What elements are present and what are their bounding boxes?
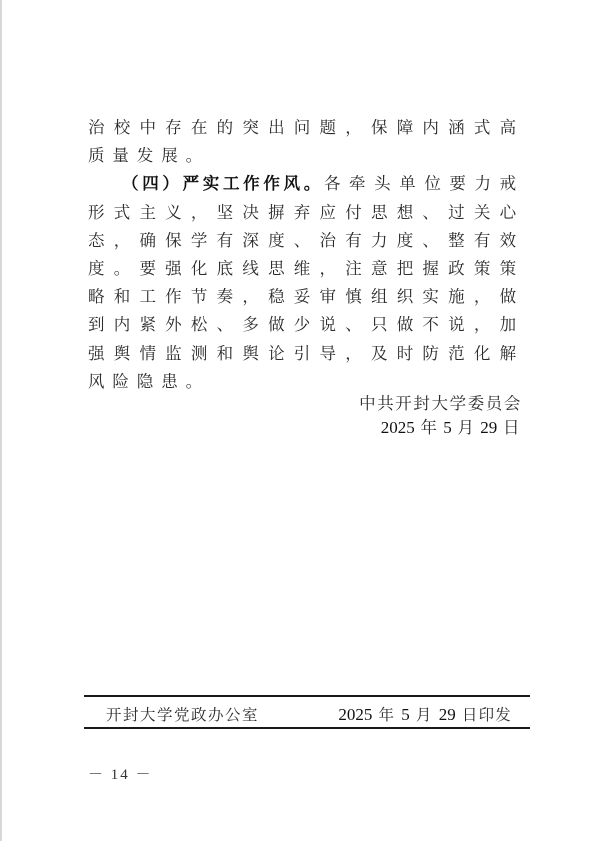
paragraph-section-four: （四）严实工作作风。各牵头单位要力戒形式主义，坚决摒弃应付思想、过关心态，确保学… — [88, 170, 524, 396]
footer-date-suffix: 日印发 — [456, 706, 512, 724]
date-year: 2025 — [381, 418, 415, 437]
section-heading: （四）严实工作作风。 — [122, 174, 324, 193]
page-number: － 14 － — [88, 763, 153, 784]
signature-organization: 中共开封大学委员会 — [359, 392, 522, 416]
date-month: 5 — [443, 418, 452, 437]
paragraph-text: 各牵头单位要力戒形式主义，坚决摒弃应付思想、过关心态，确保学有深度、治有力度、整… — [88, 174, 524, 390]
footer-date-year-unit: 年 — [372, 706, 401, 724]
footer-date-month-unit: 月 — [410, 706, 439, 724]
issuance-footer: 开封大学党政办公室 2025 年 5 月 29 日印发 — [84, 695, 530, 729]
body-text: 治校中存在的突出问题，保障内涵式高质量发展。 （四）严实工作作风。各牵头单位要力… — [88, 114, 524, 396]
footer-issuer: 开封大学党政办公室 — [106, 703, 259, 725]
footer-date-day: 29 — [439, 705, 456, 724]
footer-date-month: 5 — [401, 705, 410, 724]
signature-date: 2025 年 5 月 29 日 — [359, 416, 522, 440]
footer-date-year: 2025 — [338, 705, 372, 724]
footer-issue-date: 2025 年 5 月 29 日印发 — [338, 703, 512, 725]
date-year-unit: 年 — [415, 418, 444, 437]
date-month-unit: 月 — [452, 418, 481, 437]
document-page: 治校中存在的突出问题，保障内涵式高质量发展。 （四）严实工作作风。各牵头单位要力… — [0, 0, 598, 841]
paragraph-text: 治校中存在的突出问题，保障内涵式高质量发展。 — [88, 118, 524, 165]
paragraph-continuation: 治校中存在的突出问题，保障内涵式高质量发展。 — [88, 114, 524, 170]
date-day: 29 — [480, 418, 497, 437]
date-day-unit: 日 — [497, 418, 520, 437]
signature-block: 中共开封大学委员会 2025 年 5 月 29 日 — [359, 392, 522, 440]
